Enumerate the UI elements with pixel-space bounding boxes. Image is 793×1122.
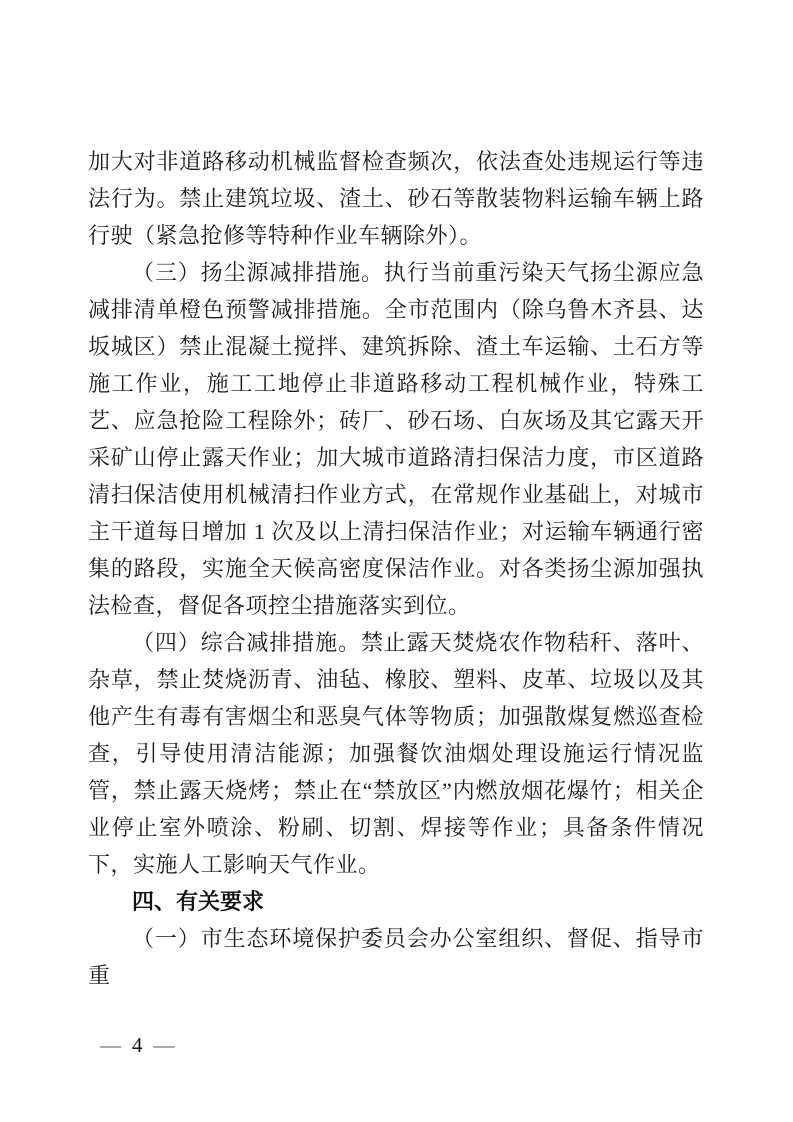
document-page: 加大对非道路移动机械监督检查频次，依法查处违规运行等违法行为。禁止建筑垃圾、渣土… — [0, 0, 793, 1122]
paragraph-continuation: 加大对非道路移动机械监督检查频次，依法查处违规运行等违法行为。禁止建筑垃圾、渣土… — [88, 143, 704, 254]
paragraph-section-3-dust-source-measures: （三）扬尘源减排措施。执行当前重污染天气扬尘源应急减排清单橙色预警减排措施。全市… — [88, 254, 704, 624]
page-number-left-dash: — — [100, 1033, 122, 1057]
paragraph-item-1-truncated: （一）市生态环境保护委员会办公室组织、督促、指导市重 — [88, 920, 704, 994]
page-number: —4— — [100, 1031, 176, 1059]
page-number-right-dash: — — [154, 1033, 176, 1057]
page-number-value: 4 — [122, 1033, 154, 1057]
document-body: 加大对非道路移动机械监督检查频次，依法查处违规运行等违法行为。禁止建筑垃圾、渣土… — [88, 143, 704, 994]
paragraph-section-4-comprehensive-measures: （四）综合减排措施。禁止露天焚烧农作物秸秆、落叶、杂草，禁止焚烧沥青、油毡、橡胶… — [88, 624, 704, 883]
section-heading-requirements: 四、有关要求 — [88, 883, 704, 920]
